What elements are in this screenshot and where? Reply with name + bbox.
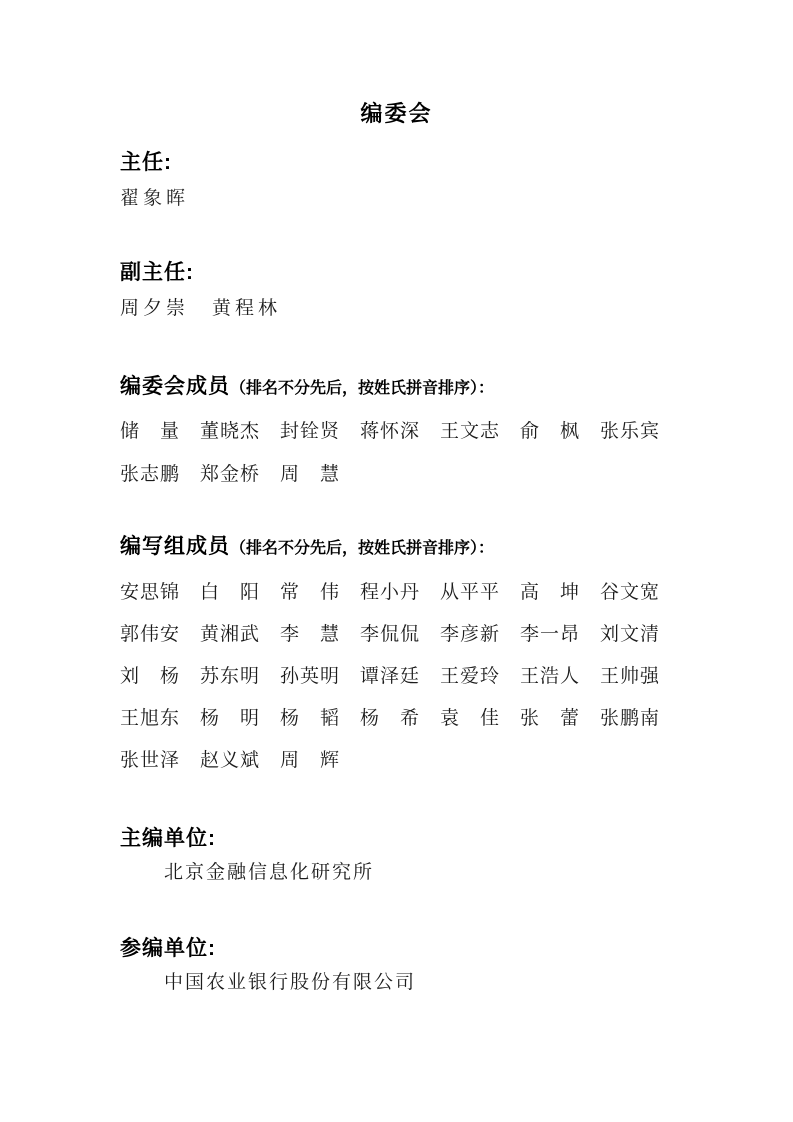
page-title: 编委会 bbox=[0, 97, 793, 128]
chief-editor-unit-name: 北京金融信息化研究所 bbox=[164, 857, 374, 884]
director-heading: 主任: bbox=[120, 146, 172, 176]
committee-members-note: （排名不分先后，按姓氏拼音排序）： bbox=[230, 380, 494, 397]
committee-members-list: 储 量 董晓杰 封铨贤 蒋怀深 王文志 俞 枫 张乐宾 张志鹏 郑金桥 周 慧 bbox=[120, 410, 660, 496]
name-row: 王旭东 杨 明 杨 韬 杨 希 袁 佳 张 蕾 张鹏南 bbox=[120, 698, 660, 740]
name-row: 张志鹏 郑金桥 周 慧 bbox=[120, 453, 660, 496]
participating-unit-name: 中国农业银行股份有限公司 bbox=[164, 967, 416, 994]
name-row: 储 量 董晓杰 封铨贤 蒋怀深 王文志 俞 枫 张乐宾 bbox=[120, 410, 660, 453]
name-row: 张世泽 赵义斌 周 辉 bbox=[120, 740, 660, 782]
committee-members-label: 编委会成员 bbox=[120, 375, 230, 398]
participating-unit-heading: 参编单位: bbox=[120, 932, 216, 962]
writing-group-label: 编写组成员 bbox=[120, 535, 230, 558]
writing-group-list: 安思锦 白 阳 常 伟 程小丹 从平平 高 坤 谷文宽 郭伟安 黄湘武 李 慧 … bbox=[120, 572, 660, 782]
director-names: 翟象晖 bbox=[120, 183, 189, 210]
name-row: 刘 杨 苏东明 孙英明 谭泽廷 王爱玲 王浩人 王帅强 bbox=[120, 656, 660, 698]
writing-group-heading: 编写组成员（排名不分先后，按姓氏拼音排序）： bbox=[120, 530, 494, 560]
committee-members-heading: 编委会成员（排名不分先后，按姓氏拼音排序）： bbox=[120, 370, 494, 400]
chief-editor-unit-heading: 主编单位: bbox=[120, 822, 216, 852]
name-row: 安思锦 白 阳 常 伟 程小丹 从平平 高 坤 谷文宽 bbox=[120, 572, 660, 614]
deputy-director-names: 周夕崇 黄程林 bbox=[120, 293, 281, 320]
writing-group-note: （排名不分先后，按姓氏拼音排序）： bbox=[230, 540, 494, 557]
document-page: 编委会 主任: 翟象晖 副主任: 周夕崇 黄程林 编委会成员（排名不分先后，按姓… bbox=[0, 0, 793, 1122]
name-row: 郭伟安 黄湘武 李 慧 李侃侃 李彦新 李一昂 刘文清 bbox=[120, 614, 660, 656]
deputy-director-heading: 副主任: bbox=[120, 256, 194, 286]
